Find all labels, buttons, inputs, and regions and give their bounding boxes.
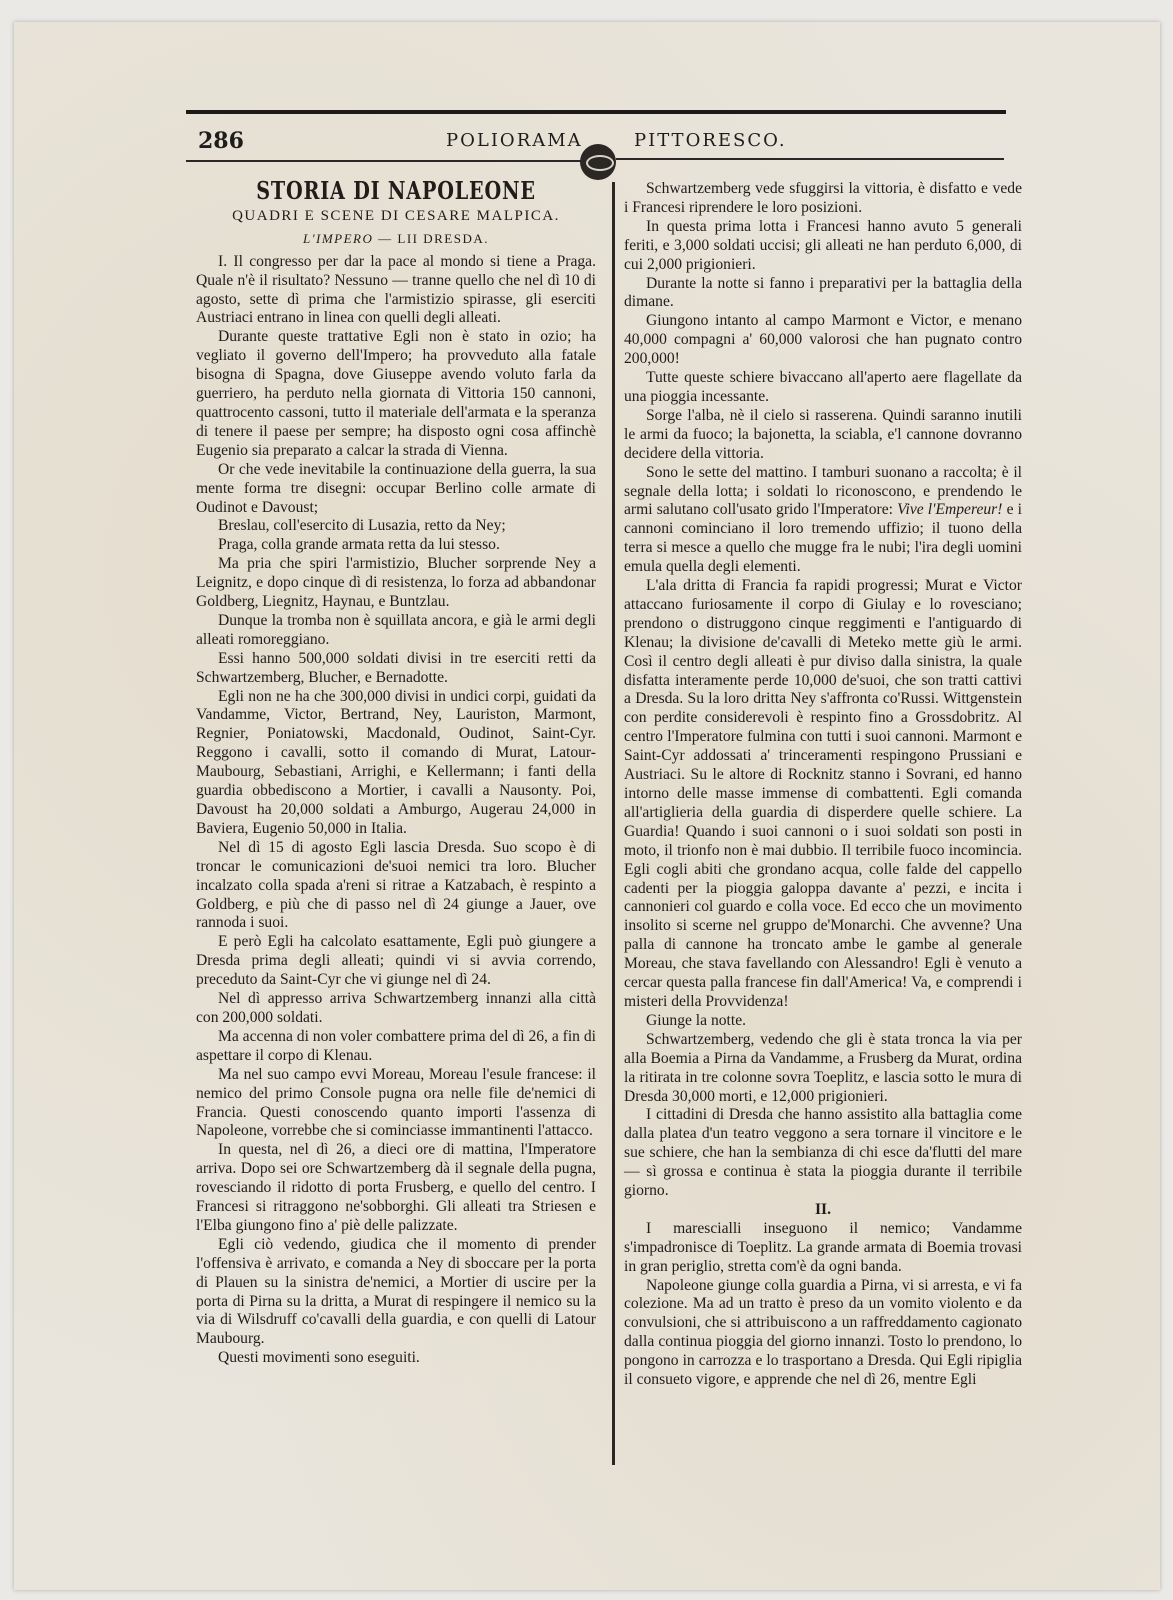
column-divider xyxy=(612,182,615,1465)
article-subtitle: QUADRI E SCENE DI CESARE MALPICA. xyxy=(196,207,596,226)
section-chapter: LII DRESDA. xyxy=(397,231,489,246)
paragraph: Nel dì appresso arriva Schwartzemberg in… xyxy=(196,990,596,1028)
journal-title-left: POLIORAMA xyxy=(446,130,583,151)
paragraph: Praga, colla grande armata retta da lui … xyxy=(196,536,596,555)
section-dash: — xyxy=(373,231,397,246)
top-rule xyxy=(186,110,1006,114)
italic-exclamation: Vive l'Empereur! xyxy=(897,501,1002,518)
paragraph: Egli ciò vedendo, giudica che il momento… xyxy=(196,1236,596,1349)
paragraph: Essi hanno 500,000 soldati divisi in tre… xyxy=(196,650,596,688)
paragraph: Nel dì 15 di agosto Egli lascia Dresda. … xyxy=(196,839,596,934)
section-part: L'IMPERO xyxy=(303,231,373,246)
paragraph: Dunque la tromba non è squillata ancora,… xyxy=(196,612,596,650)
paragraph: In questa prima lotta i Francesi hanno a… xyxy=(624,218,1022,275)
paragraph: L'ala dritta di Francia fa rapidi progre… xyxy=(624,577,1022,1012)
paragraph: Durante la notte si fanno i preparativi … xyxy=(624,275,1022,313)
paragraph: Tutte queste schiere bivaccano all'apert… xyxy=(624,369,1022,407)
section-numeral: II. xyxy=(624,1201,1022,1220)
paragraph: E però Egli ha calcolato esattamente, Eg… xyxy=(196,933,596,990)
paragraph: Sorge l'alba, nè il cielo si rasserena. … xyxy=(624,407,1022,464)
header-rule-left xyxy=(186,160,581,162)
page-number: 286 xyxy=(198,128,244,154)
header-rule-right xyxy=(616,158,1004,160)
paragraph: I marescialli inseguono il nemico; Vanda… xyxy=(624,1220,1022,1277)
paragraph-vive-empereur: Sono le sette del mattino. I tamburi suo… xyxy=(624,464,1022,577)
paragraph: I cittadini di Dresda che hanno assistit… xyxy=(624,1106,1022,1201)
paragraph: Napoleone giunge colla guardia a Pirna, … xyxy=(624,1277,1022,1390)
paragraph: Or che vede inevitabile la continuazione… xyxy=(196,461,596,518)
left-column: STORIA DI NAPOLEONE QUADRI E SCENE DI CE… xyxy=(196,180,596,1368)
paragraph: Breslau, coll'esercito di Lusazia, retto… xyxy=(196,517,596,536)
journal-title-right: PITTORESCO. xyxy=(634,130,787,151)
paragraph: Giunge la notte. xyxy=(624,1012,1022,1031)
newspaper-page: 286 POLIORAMA PITTORESCO. STORIA DI NAPO… xyxy=(14,22,1160,1590)
paragraph: Durante queste trattative Egli non è sta… xyxy=(196,328,596,460)
paragraph: Giungono intanto al campo Marmont e Vict… xyxy=(624,312,1022,369)
paragraph: Ma accenna di non voler combattere prima… xyxy=(196,1028,596,1066)
paragraph: Schwartzemberg vede sfuggirsi la vittori… xyxy=(624,180,1022,218)
paragraph: I. Il congresso per dar la pace al mondo… xyxy=(196,253,596,329)
paragraph: Questi movimenti sono eseguiti. xyxy=(196,1349,596,1368)
section-heading: L'IMPERO — LII DRESDA. xyxy=(196,230,596,249)
paragraph: Ma nel suo campo evvi Moreau, Moreau l'e… xyxy=(196,1066,596,1142)
paragraph: Egli non ne ha che 300,000 divisi in und… xyxy=(196,688,596,839)
medallion-ornament-icon xyxy=(580,144,616,180)
paragraph: Schwartzemberg, vedendo che gli è stata … xyxy=(624,1031,1022,1107)
paragraph: Ma pria che spiri l'armistizio, Blucher … xyxy=(196,555,596,612)
paragraph: In questa, nel dì 26, a dieci ore di mat… xyxy=(196,1141,596,1236)
right-column: Schwartzemberg vede sfuggirsi la vittori… xyxy=(624,180,1022,1390)
article-title: STORIA DI NAPOLEONE xyxy=(236,182,556,201)
